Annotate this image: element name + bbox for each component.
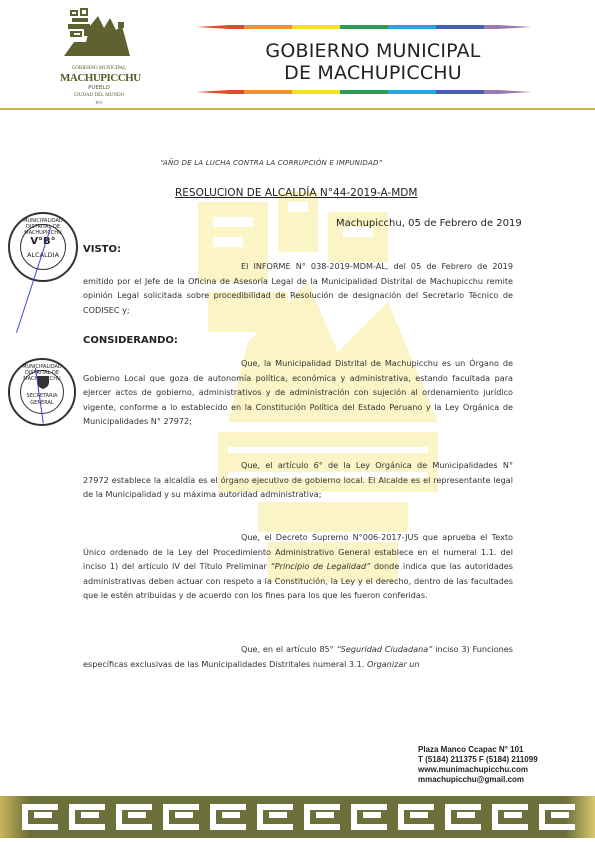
visto-heading: VISTO:: [83, 244, 121, 255]
organization-name-line2: DE MACHUPICCHU: [228, 62, 518, 84]
address: Plaza Manco Ccapac N° 101: [418, 745, 538, 755]
header-rule: [0, 108, 595, 110]
municipal-logo: GOBIERNO MUNICIPAL MACHUPICCHU PUEBLO CI…: [60, 6, 138, 106]
website-link[interactable]: www.munimachupicchu.com: [418, 765, 538, 775]
stamp-general: GENERAL: [10, 400, 74, 406]
visto-text: El INFORME N° 038-2019-MDM-AL, del 05 de…: [83, 261, 513, 315]
phone-fax: T (5184) 211375 F (5184) 211099: [418, 755, 538, 765]
considerando-paragraph-4: Que, en el artículo 85° “Seguridad Ciuda…: [83, 642, 513, 671]
logo-caption-3: PUEBLO: [60, 85, 138, 91]
considerando-paragraph-1: Que, la Municipalidad Distrital de Machu…: [83, 356, 513, 429]
paragraph-text: Que, la Municipalidad Distrital de Machu…: [83, 358, 513, 426]
logo-caption-5: PCF: [60, 100, 138, 105]
organization-name: GOBIERNO MUNICIPAL DE MACHUPICCHU: [228, 40, 518, 84]
document-date: Machupicchu, 05 de Febrero de 2019: [336, 218, 522, 229]
stamp-ring-text: MUNICIPALIDAD DISTRITAL DE MACHUPICCHU: [10, 218, 76, 236]
motto: “AÑO DE LA LUCHA CONTRA LA CORRUPCIÓN E …: [160, 159, 382, 167]
visto-paragraph: El INFORME N° 038-2019-MDM-AL, del 05 de…: [83, 259, 513, 317]
header-color-stripe-top: [196, 25, 532, 29]
paragraph-text: Que, en el artículo 85°: [241, 644, 337, 654]
paragraph-text: Que, el artículo 6° de la Ley Orgánica d…: [83, 460, 513, 499]
header-color-stripe-bottom: [196, 90, 532, 94]
paragraph-italic-text: “Seguridad Ciudadana”: [337, 644, 433, 654]
resolution-title: RESOLUCION DE ALCALDÍA N°44-2019-A-MDM: [175, 187, 417, 199]
considerando-heading: CONSIDERANDO:: [83, 335, 178, 346]
considerando-paragraph-2: Que, el artículo 6° de la Ley Orgánica d…: [83, 458, 513, 502]
paragraph-italic-text: Organizar un: [367, 659, 420, 669]
logo-caption-2: MACHUPICCHU: [60, 72, 138, 84]
stamp-secretaria: SECRETARIA: [10, 393, 74, 399]
contact-block: Plaza Manco Ccapac N° 101 T (5184) 21137…: [418, 745, 538, 785]
logo-caption-4: CIUDAD DEL MUNDO: [60, 93, 138, 98]
considerando-paragraph-3: Que, el Decreto Supremo N°006-2017-JUS q…: [83, 530, 513, 603]
inca-glyph-logo-icon: [60, 6, 138, 68]
inca-pattern-footer-band: [0, 796, 595, 838]
logo-caption-1: GOBIERNO MUNICIPAL: [60, 66, 138, 71]
email-link[interactable]: mmachupicchu@gmail.com: [418, 775, 538, 785]
stamp-vobo: V°B°: [10, 236, 76, 247]
paragraph-italic-text: “Principio de Legalidad”: [271, 561, 371, 571]
organization-name-line1: GOBIERNO MUNICIPAL: [228, 40, 518, 62]
